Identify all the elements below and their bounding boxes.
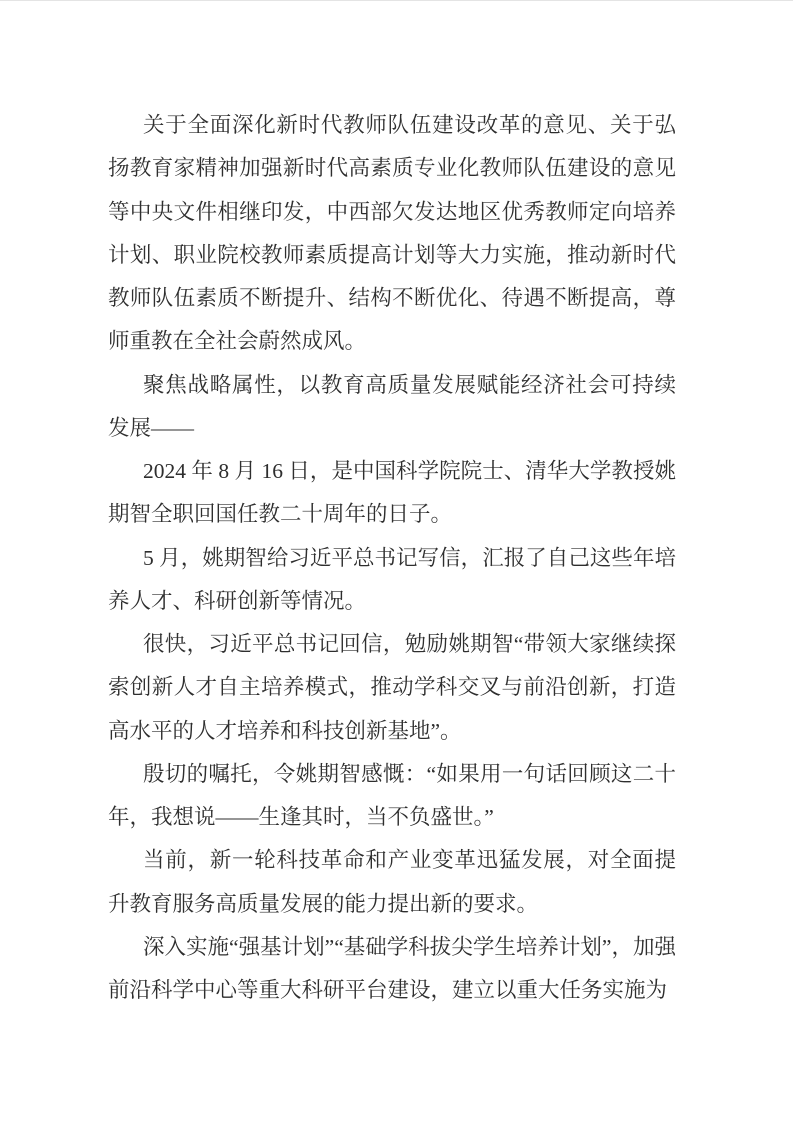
document-page: 关于全面深化新时代教师队伍建设改革的意见、关于弘扬教育家精神加强新时代高素质专业… [0,0,793,1122]
paragraph-strong-foundation-plan: 深入实施“强基计划”“基础学科拔尖学生培养计划”，加强前沿科学中心等重大科研平台… [108,926,676,1013]
paragraph-tech-revolution: 当前，新一轮科技革命和产业变革迅猛发展，对全面提升教育服务高质量发展的能力提出新… [108,839,676,926]
paragraph-anniversary-date: 2024 年 8 月 16 日，是中国科学院院士、清华大学教授姚期智全职回国任教… [108,450,676,537]
paragraph-yao-quote: 殷切的嘱托，令姚期智感慨：“如果用一句话回顾这二十年，我想说——生逢其时，当不负… [108,753,676,840]
paragraph-reply-letter: 很快，习近平总书记回信，勉励姚期智“带领大家继续探索创新人才自主培养模式，推动学… [108,623,676,753]
paragraph-teacher-reform: 关于全面深化新时代教师队伍建设改革的意见、关于弘扬教育家精神加强新时代高素质专业… [108,104,676,364]
text-block: 关于全面深化新时代教师队伍建设改革的意见、关于弘扬教育家精神加强新时代高素质专业… [108,104,676,1012]
paragraph-strategic-focus: 聚焦战略属性，以教育高质量发展赋能经济社会可持续发展—— [108,364,676,451]
paragraph-letter-to-leader: 5 月，姚期智给习近平总书记写信，汇报了自己这些年培养人才、科研创新等情况。 [108,537,676,624]
